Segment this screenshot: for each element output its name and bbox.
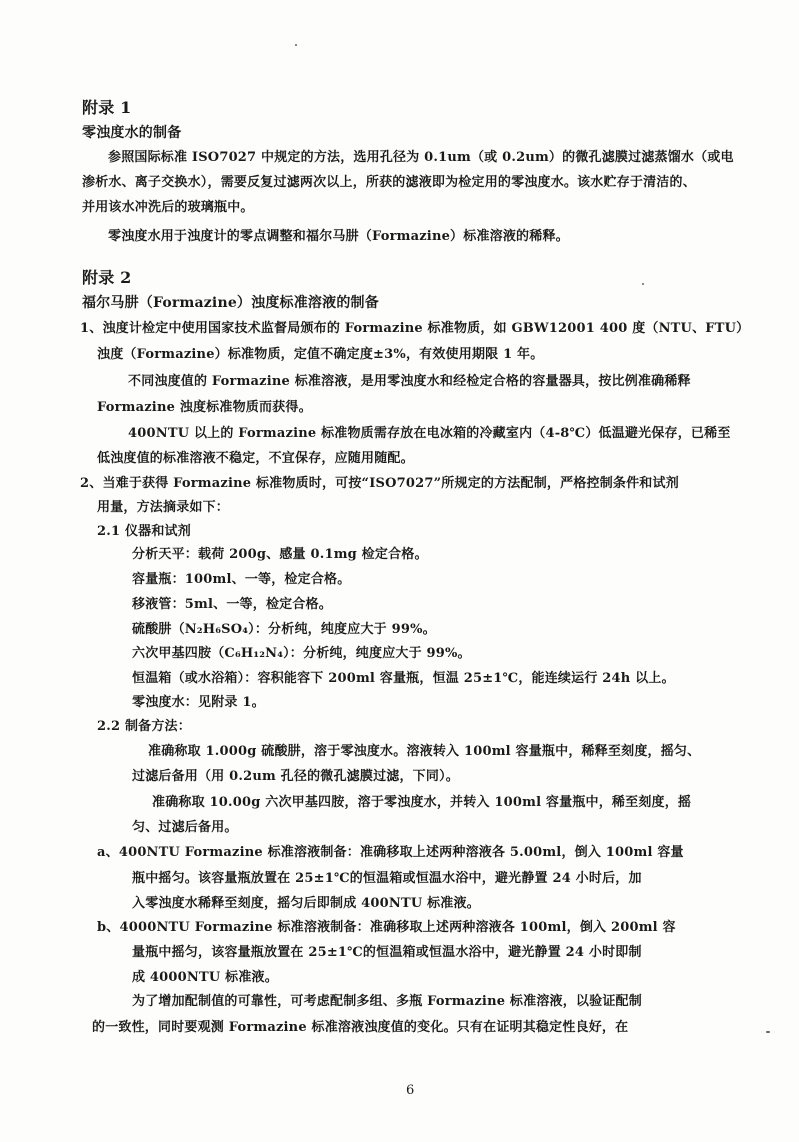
reagent-item: 容量瓶：100ml、一等，检定合格。 (132, 572, 350, 588)
method-line: 匀、过滤后备用。 (132, 820, 238, 836)
reagent-item: 六次甲基四胺（C₆H₁₂N₄）：分析纯，纯度应大于 99%。 (132, 646, 471, 662)
method-line: 准确称取 1.000g 硫酸肼，溶于零浊度水。溶液转入 100ml 容量瓶中，稀… (148, 744, 700, 760)
section-2-2-heading: 2.2 制备方法： (97, 719, 191, 735)
page-number: 6 (406, 1083, 414, 1099)
item-b-line: b、4000NTU Formazine 标准溶液制备：准确移取上述两种溶液各 1… (97, 920, 676, 936)
reagent-item: 恒温箱（或水浴箱）：容积能容下 200ml 容量瓶，恒温 25±1℃，能连续运行… (132, 671, 675, 687)
appendix-2-title: 附录 2 (82, 269, 132, 287)
appendix-1-title: 附录 1 (82, 99, 132, 117)
method-line: 准确称取 10.00g 六次甲基四胺，溶于零浊度水，并转入 100ml 容量瓶中… (152, 795, 691, 811)
scan-speck (766, 1031, 770, 1033)
section-1-line: 不同浊度值的 Formazine 标准溶液，是用零浊度水和经检定合格的容量器具，… (128, 374, 691, 390)
scan-speck (295, 44, 297, 46)
appendix-2-subtitle: 福尔马肼（Formazine）浊度标准溶液的制备 (82, 295, 379, 311)
section-2-line: 2、当难于获得 Formazine 标准物质时，可按“ISO7027”所规定的方… (80, 476, 679, 492)
closing-line: 的一致性，同时要观测 Formazine 标准溶液浊度值的变化。只有在证明其稳定… (92, 1020, 628, 1036)
appendix-1-paragraph-line: 零浊度水用于浊度计的零点调整和福尔马肼（Formazine）标准溶液的稀释。 (108, 229, 569, 245)
section-1-line: 浊度（Formazine）标准物质，定值不确定度±3%，有效使用期限 1 年。 (97, 347, 543, 363)
section-2-1-heading: 2.1 仪器和试剂 (97, 524, 191, 540)
appendix-1-paragraph-line: 参照国际标准 ISO7027 中规定的方法，选用孔径为 0.1um（或 0.2u… (108, 150, 734, 166)
section-1-line: 低浊度值的标准溶液不稳定，不宜保存，应随用随配。 (97, 451, 414, 467)
appendix-1-paragraph-line: 并用该水冲洗后的玻璃瓶中。 (82, 200, 254, 216)
reagent-item: 硫酸肼（N₂H₆SO₄）：分析纯，纯度应大于 99%。 (132, 622, 436, 638)
reagent-item: 移液管：5ml、一等，检定合格。 (132, 597, 332, 613)
section-1-line: 400NTU 以上的 Formazine 标准物质需存放在电冰箱的冷藏室内（4-… (128, 426, 731, 442)
appendix-1-subtitle: 零浊度水的制备 (82, 125, 181, 141)
closing-line: 为了增加配制值的可靠性，可考虑配制多组、多瓶 Formazine 标准溶液，以验… (132, 994, 642, 1010)
item-a-line: 入零浊度水稀释至刻度，摇匀后即制成 400NTU 标准液。 (132, 896, 480, 912)
reagent-item: 零浊度水：见附录 1。 (132, 695, 265, 711)
item-a-line: a、400NTU Formazine 标准溶液制备：准确移取上述两种溶液各 5.… (97, 845, 684, 861)
item-b-line: 量瓶中摇匀，该容量瓶放置在 25±1℃的恒温箱或恒温水浴中，避光静置 24 小时… (132, 945, 642, 961)
section-1-line: 1、浊度计检定中使用国家技术监督局颁布的 Formazine 标准物质，如 GB… (80, 321, 749, 337)
method-line: 过滤后备用（用 0.2um 孔径的微孔滤膜过滤，下同）。 (132, 769, 459, 785)
item-b-line: 成 4000NTU 标准液。 (132, 970, 278, 986)
item-a-line: 瓶中摇匀。该容量瓶放置在 25±1℃的恒温箱或恒温水浴中，避光静置 24 小时后… (132, 871, 642, 887)
appendix-1-paragraph-line: 渗析水、离子交换水），需要反复过滤两次以上，所获的滤液即为检定用的零浊度水。该水… (82, 175, 696, 191)
section-2-line: 用量，方法摘录如下： (97, 500, 229, 516)
reagent-item: 分析天平：载荷 200g、感量 0.1mg 检定合格。 (132, 547, 428, 563)
section-1-line: Formazine 浊度标准物质而获得。 (97, 400, 312, 416)
scan-speck (642, 283, 644, 285)
